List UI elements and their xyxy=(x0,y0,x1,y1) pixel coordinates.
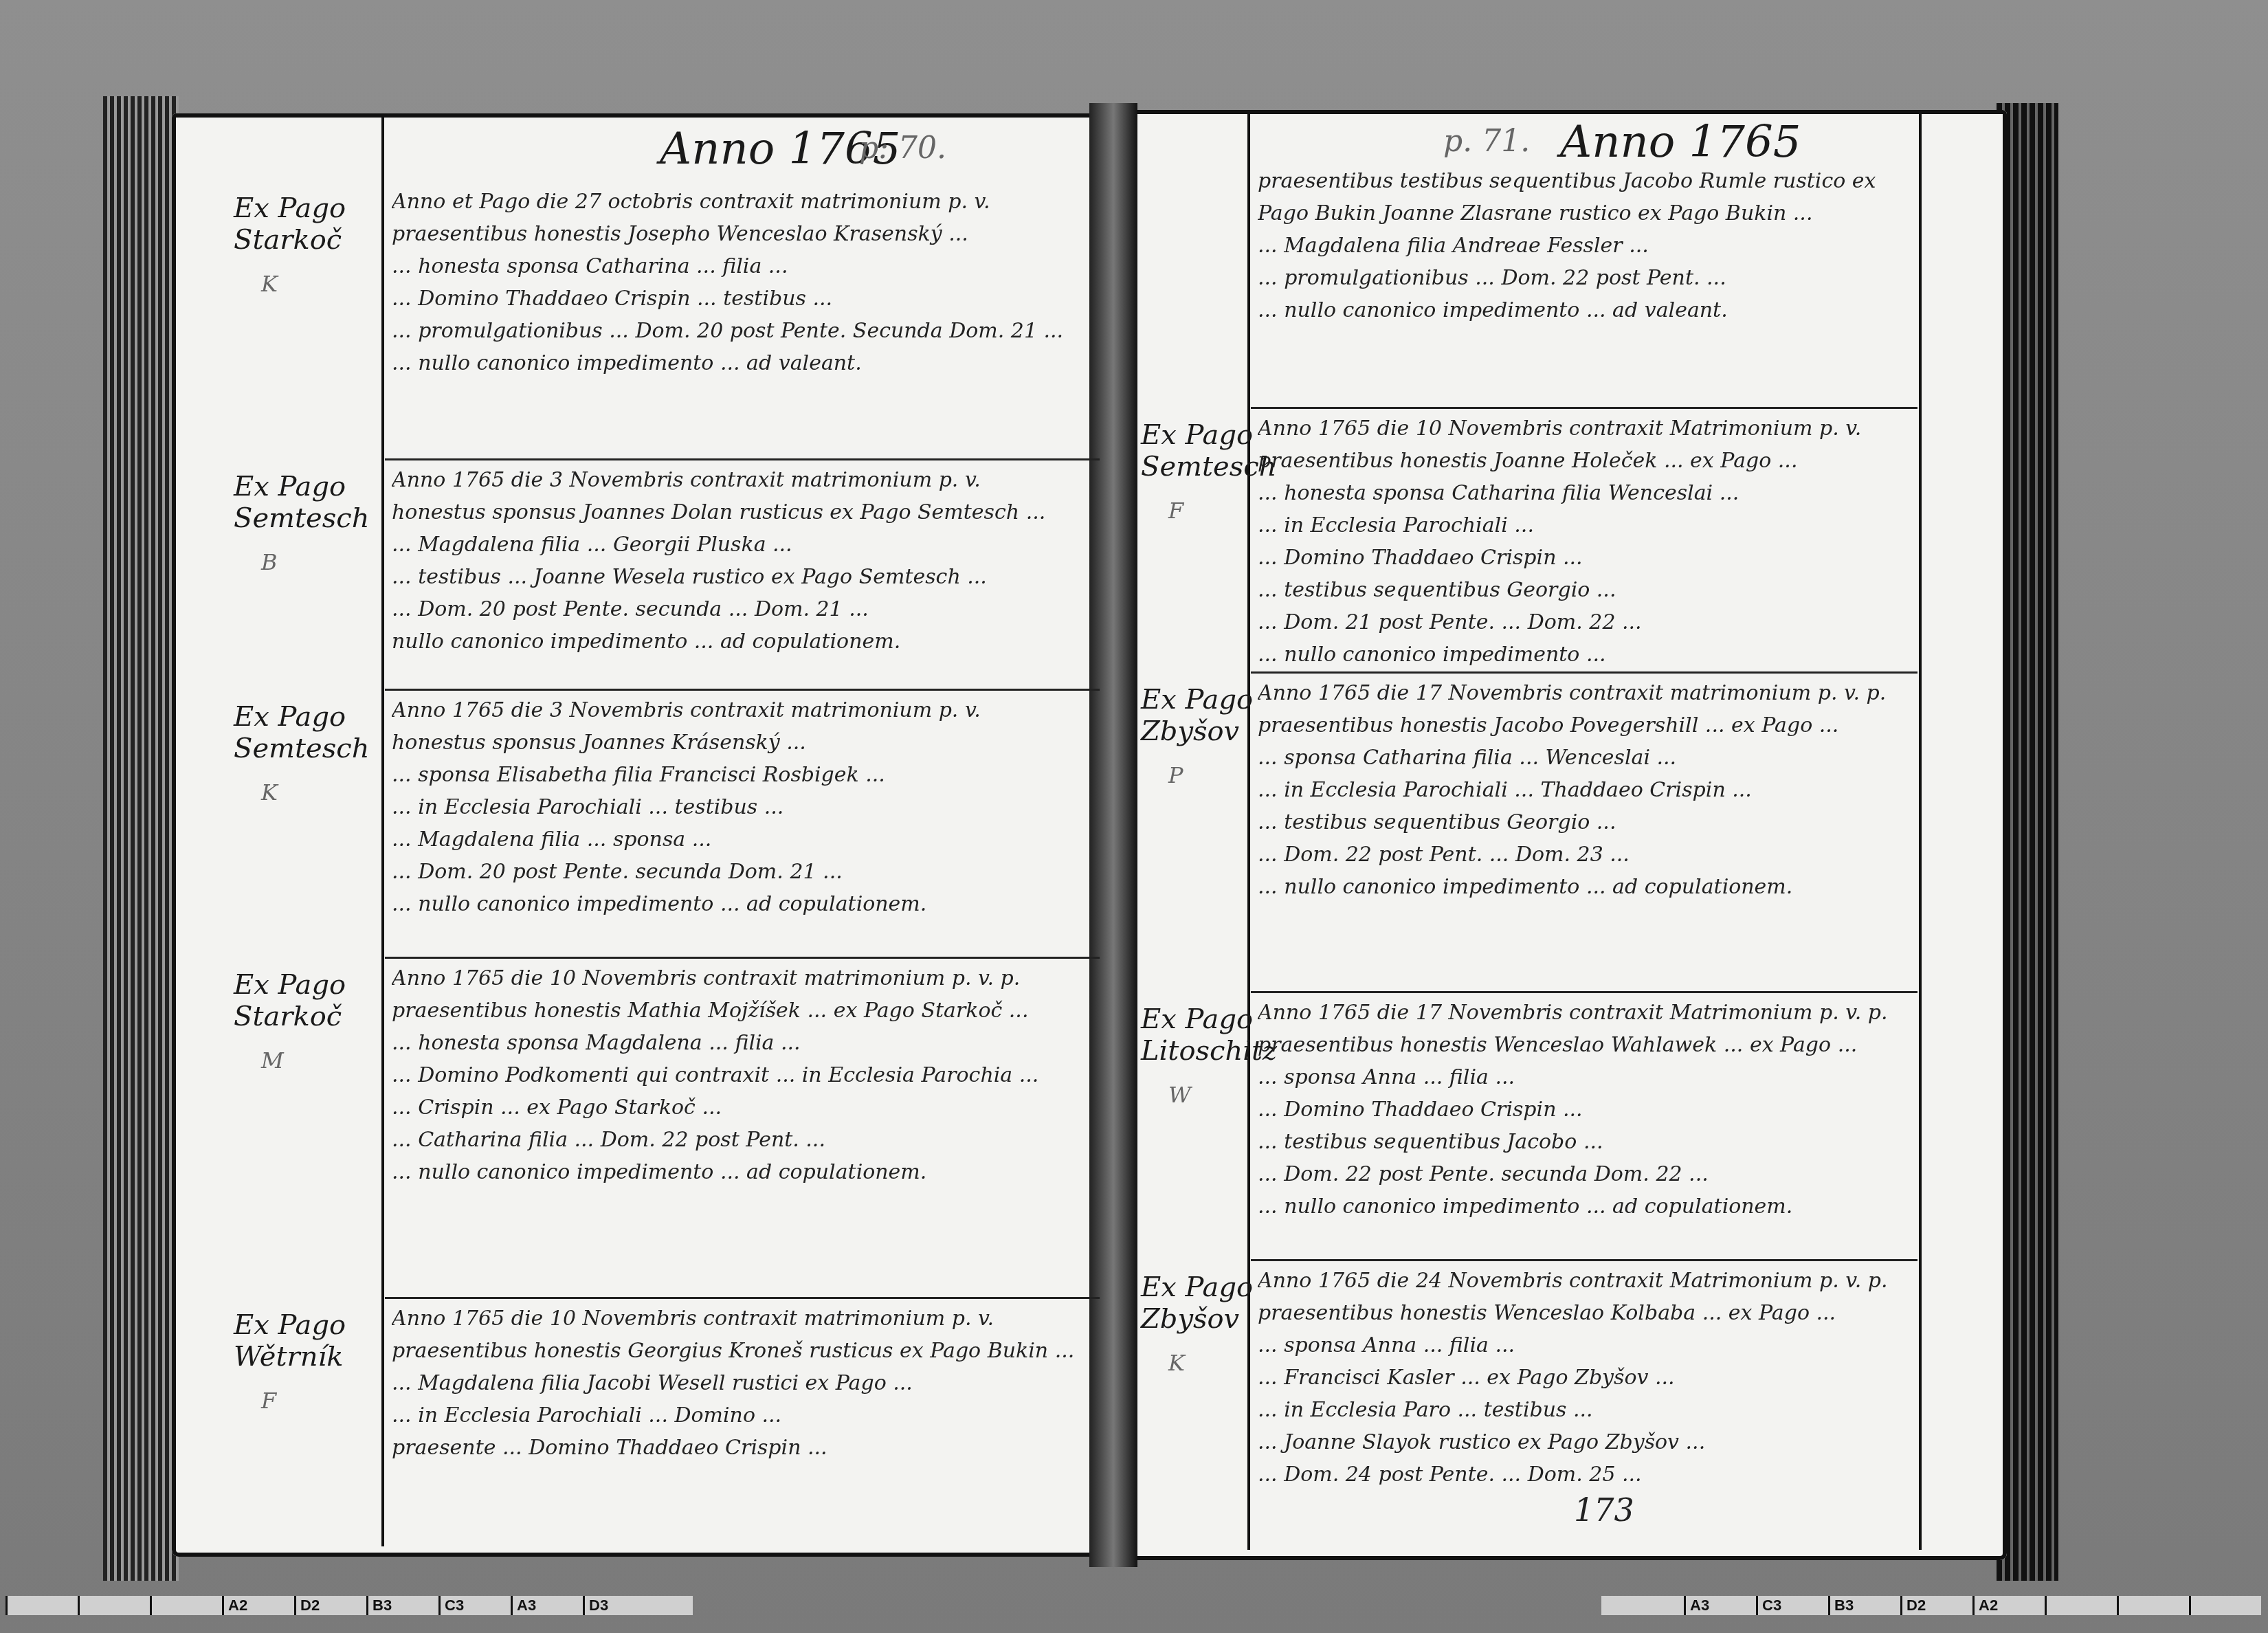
entry-divider xyxy=(385,689,1100,691)
entry-line: ... nullo canonico impedimento ... ad co… xyxy=(1258,1190,1911,1223)
entry-line: praesentibus honestis Josepho Wenceslao … xyxy=(392,218,1079,250)
entry-margin-place: Ex Pago SemteschK xyxy=(234,701,357,808)
entry-margin-mark: F xyxy=(1141,495,1265,526)
entry-line: ... testibus ... Joanne Wesela rustico e… xyxy=(392,561,1079,593)
calibration-patch xyxy=(2189,1596,2261,1615)
entry-line: ... in Ecclesia Parochiali ... xyxy=(1258,509,1911,542)
entry-line: ... Domino Thaddaeo Crispin ... testibus… xyxy=(392,282,1079,315)
calibration-patch: C3 xyxy=(1756,1596,1828,1615)
entry-margin-mark: K xyxy=(234,777,357,808)
entry-margin-place: Ex Pago ZbyšovP xyxy=(1141,684,1265,791)
register-entry: Anno 1765 die 3 Novembris contraxit matr… xyxy=(392,694,1079,955)
entry-margin-mark: P xyxy=(1141,759,1265,791)
book-spine xyxy=(1089,103,1137,1567)
entry-divider xyxy=(1251,1259,1917,1261)
entry-line: Anno 1765 die 3 Novembris contraxit matr… xyxy=(392,694,1079,726)
entry-line: Anno 1765 die 3 Novembris contraxit matr… xyxy=(392,464,1079,496)
entry-line: Anno 1765 die 17 Novembris contraxit Mat… xyxy=(1258,997,1911,1029)
entry-line: Anno 1765 die 10 Novembris contraxit Mat… xyxy=(1258,412,1911,445)
entry-margin-mark: M xyxy=(234,1045,357,1076)
entry-margin-mark: K xyxy=(1141,1347,1265,1379)
entry-line: praesentibus honestis Wenceslao Wahlawek… xyxy=(1258,1029,1911,1061)
entry-line: ... in Ecclesia Parochiali ... Domino ..… xyxy=(392,1399,1079,1432)
entry-line: ... Domino Thaddaeo Crispin ... xyxy=(1258,1093,1911,1126)
color-calibration-strip-left: A2D2B3C3A3D3 xyxy=(5,1596,693,1615)
calibration-patch: A3 xyxy=(1684,1596,1756,1615)
entry-line: ... Joanne Slayok rustico ex Pago Zbyšov… xyxy=(1258,1426,1911,1458)
entry-divider xyxy=(385,458,1100,460)
entry-margin-place: Ex Pago LitoschitzW xyxy=(1141,1003,1265,1111)
entry-margin-place: Ex Pago StarkočM xyxy=(234,969,357,1076)
calibration-patch xyxy=(2045,1596,2117,1615)
entry-line: ... Dom. 24 post Pente. ... Dom. 25 ... xyxy=(1258,1458,1911,1485)
entry-line: ... in Ecclesia Parochiali ... Thaddaeo … xyxy=(1258,774,1911,806)
entry-line: ... Magdalena filia Andreae Fessler ... xyxy=(1258,230,1911,262)
entry-divider xyxy=(1251,991,1917,993)
entry-line: ... Francisci Kasler ... ex Pago Zbyšov … xyxy=(1258,1362,1911,1394)
entry-line: Anno 1765 die 10 Novembris contraxit mat… xyxy=(392,1302,1079,1335)
entry-margin-place: Ex Pago SemteschF xyxy=(1141,419,1265,526)
entry-margin-mark: F xyxy=(234,1385,357,1417)
entry-line: praesentibus honestis Mathia Mojžíšek ..… xyxy=(392,995,1079,1027)
calibration-patch: A2 xyxy=(222,1596,294,1615)
entry-margin-mark: W xyxy=(1141,1079,1265,1111)
entry-line: ... sponsa Elisabetha filia Francisci Ro… xyxy=(392,759,1079,791)
calibration-patch xyxy=(2117,1596,2189,1615)
calibration-patch: A2 xyxy=(1972,1596,2045,1615)
entry-line: ... Magdalena filia ... Georgii Pluska .… xyxy=(392,529,1079,561)
entry-margin-place: Ex Pago SemteschB xyxy=(234,471,357,578)
entry-line: ... Dom. 20 post Pente. secunda Dom. 21 … xyxy=(392,856,1079,888)
entry-line: ... nullo canonico impedimento ... xyxy=(1258,638,1911,670)
entry-margin-mark: K xyxy=(234,268,357,300)
entry-line: ... Dom. 21 post Pente. ... Dom. 22 ... xyxy=(1258,606,1911,638)
entry-line: Pago Bukin Joanne Zlasrane rustico ex Pa… xyxy=(1258,197,1911,230)
entry-line: ... honesta sponsa Catharina ... filia .… xyxy=(392,250,1079,282)
entry-line: praesente ... Domino Thaddaeo Crispin ..… xyxy=(392,1432,1079,1464)
entry-line: Anno 1765 die 17 Novembris contraxit mat… xyxy=(1258,677,1911,709)
entry-line: honestus sponsus Joannes Krásenský ... xyxy=(392,726,1079,759)
entry-line: honestus sponsus Joannes Dolan rusticus … xyxy=(392,496,1079,529)
entry-line: ... Dom. 22 post Pent. ... Dom. 23 ... xyxy=(1258,838,1911,871)
entry-line: praesentibus honestis Georgius Kroneš ru… xyxy=(392,1335,1079,1367)
entry-margin-place: Ex Pago ZbyšovK xyxy=(1141,1271,1265,1379)
calibration-patch xyxy=(150,1596,222,1615)
entry-line: ... nullo canonico impedimento ... ad va… xyxy=(1258,294,1911,326)
entry-line: ... in Ecclesia Parochiali ... testibus … xyxy=(392,791,1079,823)
entry-line: ... promulgationibus ... Dom. 22 post Pe… xyxy=(1258,262,1911,294)
left-page-stack-edge xyxy=(103,96,179,1581)
entry-line: praesentibus honestis Wenceslao Kolbaba … xyxy=(1258,1297,1911,1329)
entry-margin-place: Ex Pago StarkočK xyxy=(234,192,357,300)
calibration-patch: A3 xyxy=(511,1596,583,1615)
calibration-patch: D2 xyxy=(1900,1596,1972,1615)
entry-line: nullo canonico impedimento ... ad copula… xyxy=(392,625,1079,658)
entry-line: ... sponsa Anna ... filia ... xyxy=(1258,1329,1911,1362)
entry-margin-mark: B xyxy=(234,546,357,578)
register-entry: Anno 1765 die 10 Novembris contraxit Mat… xyxy=(1258,412,1911,670)
calibration-patch: C3 xyxy=(438,1596,511,1615)
calibration-patch: D3 xyxy=(583,1596,655,1615)
entry-line: ... sponsa Anna ... filia ... xyxy=(1258,1061,1911,1093)
entry-line: ... testibus sequentibus Georgio ... xyxy=(1258,574,1911,606)
entry-line: praesentibus honestis Joanne Holeček ...… xyxy=(1258,445,1911,477)
right-margin-rule-outer xyxy=(1919,113,1922,1550)
register-entry: Anno et Pago die 27 octobris contraxit m… xyxy=(392,186,1079,457)
register-entry: Anno 1765 die 3 Novembris contraxit matr… xyxy=(392,464,1079,687)
register-entry: praesentibus testibus sequentibus Jacobo… xyxy=(1258,165,1911,406)
entry-line: ... Domino Podkomenti qui contraxit ... … xyxy=(392,1059,1079,1091)
entry-divider xyxy=(1251,671,1917,674)
right-page-heading: Anno 1765 xyxy=(1560,117,1801,168)
left-margin-rule xyxy=(381,117,384,1546)
entry-line: ... Crispin ... ex Pago Starkoč ... xyxy=(392,1091,1079,1124)
entry-line: ... nullo canonico impedimento ... ad co… xyxy=(1258,871,1911,903)
entry-line: ... promulgationibus ... Dom. 20 post Pe… xyxy=(392,315,1079,347)
calibration-patch xyxy=(78,1596,150,1615)
entry-divider xyxy=(385,957,1100,959)
entry-line: Anno 1765 die 10 Novembris contraxit mat… xyxy=(392,962,1079,995)
register-entry: Anno 1765 die 24 Novembris contraxit Mat… xyxy=(1258,1265,1911,1485)
entry-line: ... nullo canonico impedimento ... ad co… xyxy=(392,1156,1079,1188)
calibration-patch: B3 xyxy=(366,1596,438,1615)
entry-line: ... in Ecclesia Paro ... testibus ... xyxy=(1258,1394,1911,1426)
entry-line: ... honesta sponsa Magdalena ... filia .… xyxy=(392,1027,1079,1059)
entry-line: ... testibus sequentibus Georgio ... xyxy=(1258,806,1911,838)
entry-line: ... honesta sponsa Catharina filia Wence… xyxy=(1258,477,1911,509)
register-entry: Anno 1765 die 17 Novembris contraxit Mat… xyxy=(1258,997,1911,1258)
calibration-patch: D2 xyxy=(294,1596,366,1615)
entry-line: ... Dom. 20 post Pente. secunda ... Dom.… xyxy=(392,593,1079,625)
entry-line: ... testibus sequentibus Jacobo ... xyxy=(1258,1126,1911,1158)
entry-line: praesentibus honestis Jacobo Povegershil… xyxy=(1258,709,1911,742)
page-number: 173 xyxy=(1574,1491,1634,1529)
entry-line: Anno 1765 die 24 Novembris contraxit Mat… xyxy=(1258,1265,1911,1297)
right-page-folio: p. 71. xyxy=(1443,124,1530,159)
entry-line: ... Domino Thaddaeo Crispin ... xyxy=(1258,542,1911,574)
entry-divider xyxy=(385,1297,1100,1299)
entry-margin-place: Ex Pago WětrníkF xyxy=(234,1309,357,1417)
entry-line: ... Magdalena filia ... sponsa ... xyxy=(392,823,1079,856)
color-calibration-strip-right: A3C3B3D2A2 xyxy=(1601,1596,2261,1615)
entry-line: ... Magdalena filia Jacobi Wesell rustic… xyxy=(392,1367,1079,1399)
entry-line: Anno et Pago die 27 octobris contraxit m… xyxy=(392,186,1079,218)
entry-line: ... Catharina filia ... Dom. 22 post Pen… xyxy=(392,1124,1079,1156)
register-entry: Anno 1765 die 17 Novembris contraxit mat… xyxy=(1258,677,1911,990)
entry-line: ... sponsa Catharina filia ... Wenceslai… xyxy=(1258,742,1911,774)
entry-line: ... nullo canonico impedimento ... ad co… xyxy=(392,888,1079,920)
register-entry: Anno 1765 die 10 Novembris contraxit mat… xyxy=(392,1302,1079,1546)
entry-divider xyxy=(1251,407,1917,409)
entry-line: praesentibus testibus sequentibus Jacobo… xyxy=(1258,165,1911,197)
register-entry: Anno 1765 die 10 Novembris contraxit mat… xyxy=(392,962,1079,1296)
left-page-folio: p: 70. xyxy=(859,131,946,166)
entry-line: ... Dom. 22 post Pente. secunda Dom. 22 … xyxy=(1258,1158,1911,1190)
calibration-patch: B3 xyxy=(1828,1596,1900,1615)
calibration-patch xyxy=(5,1596,78,1615)
entry-line: ... nullo canonico impedimento ... ad va… xyxy=(392,347,1079,379)
